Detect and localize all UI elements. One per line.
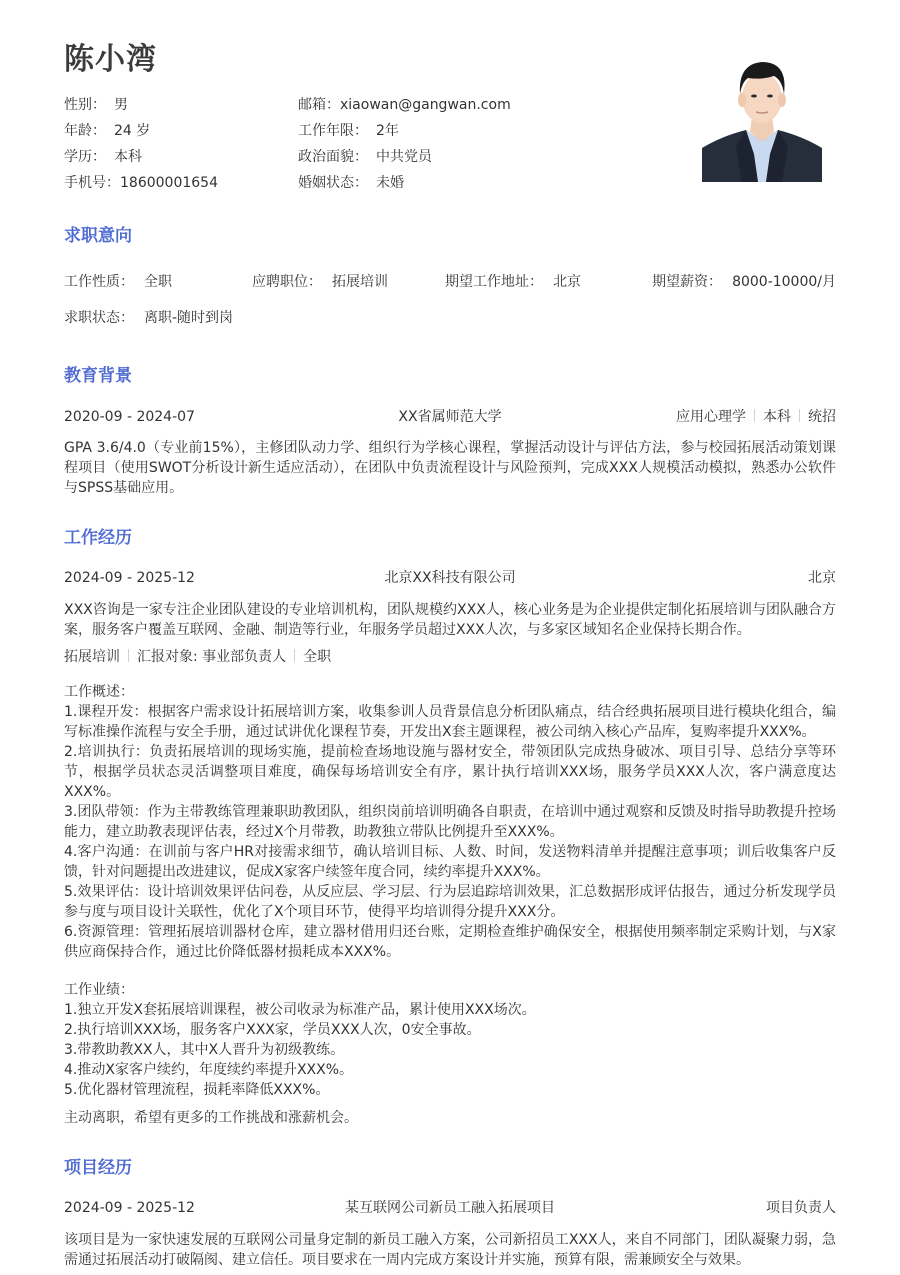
project-name: 某互联网公司新员工融入拓展项目 xyxy=(64,1197,836,1219)
project-header-row: 2024-09 - 2025-12 某互联网公司新员工融入拓展项目 项目负责人 xyxy=(64,1197,836,1219)
work-overview-title: 工作概述： xyxy=(64,682,836,702)
work-achievement-item: 5.优化器材管理流程，损耗率降低XXX%。 xyxy=(64,1080,836,1100)
email-link[interactable]: xiaowan@gangwan.com xyxy=(340,97,511,113)
work-achievement-item: 2.执行培训XXX场，服务客户XXX家，学员XXX人次，0安全事故。 xyxy=(64,1020,836,1040)
candidate-name: 陈小湾 xyxy=(64,40,157,80)
info-value: 中共党员 xyxy=(376,149,432,165)
intent-value: 拓展培训 xyxy=(332,274,388,290)
company-intro: XXX咨询是一家专注企业团队建设的专业培训机构，团队规模约XXX人，核心业务是为… xyxy=(64,600,836,640)
education-description: GPA 3.6/4.0（专业前15%），主修团队动力学、组织行为学核心课程，掌握… xyxy=(64,438,836,498)
work-achievement-item: 1.独立开发X套拓展培训课程，被公司收录为标准产品，累计使用XXX场次。 xyxy=(64,1000,836,1020)
intent-work-type: 工作性质：全职 xyxy=(64,271,172,293)
work-achievements: 工作业绩： 1.独立开发X套拓展培训课程，被公司收录为标准产品，累计使用XXX场… xyxy=(64,980,836,1100)
info-value: 未婚 xyxy=(376,175,404,191)
info-value: 24 岁 xyxy=(114,123,150,139)
education-meta: 应用心理学本科统招 xyxy=(676,406,836,428)
intent-value: 北京 xyxy=(553,274,581,290)
info-political-status: 政治面貌：中共党员 xyxy=(298,146,432,168)
info-label: 婚姻状态： xyxy=(298,175,368,191)
info-age: 年龄：24 岁 xyxy=(64,120,150,142)
info-value: 男 xyxy=(114,97,128,113)
info-marital-status: 婚姻状态：未婚 xyxy=(298,172,404,194)
education-degree: 本科 xyxy=(763,409,791,425)
work-tag-report-to: 汇报对象: 事业部负责人 xyxy=(137,649,286,665)
work-overview: 工作概述： 1.课程开发：根据客户需求设计拓展培训方案，收集参训人员背景信息分析… xyxy=(64,682,836,962)
intent-value: 全职 xyxy=(144,274,172,290)
info-gender: 性别：男 xyxy=(64,94,128,116)
work-company: 北京XX科技有限公司 xyxy=(64,567,836,589)
intent-salary: 期望薪资：8000-10000/月 xyxy=(652,271,836,293)
separator xyxy=(128,649,129,662)
separator xyxy=(294,649,295,662)
section-title-job-intent: 求职意向 xyxy=(64,224,132,248)
leave-reason: 主动离职，希望有更多的工作挑战和涨薪机会。 xyxy=(64,1108,836,1128)
section-title-education: 教育背景 xyxy=(64,364,132,388)
intent-status: 求职状态：离职-随时到岗 xyxy=(64,307,233,329)
work-achievements-title: 工作业绩： xyxy=(64,980,836,1000)
section-title-work: 工作经历 xyxy=(64,526,132,550)
portrait-icon xyxy=(702,50,822,182)
work-tag-type: 全职 xyxy=(303,649,331,665)
info-label: 年龄： xyxy=(64,123,106,139)
work-overview-item: 4.客户沟通：在训前与客户HR对接需求细节，确认培训目标、人数、时间，发送物料清… xyxy=(64,842,836,882)
profile-photo xyxy=(702,50,822,182)
info-label: 工作年限： xyxy=(298,123,368,139)
education-header-row: 2020-09 - 2024-07 XX省属师范大学 应用心理学本科统招 xyxy=(64,406,836,428)
info-phone: 手机号：18600001654 xyxy=(64,172,218,194)
intent-label: 求职状态： xyxy=(64,310,134,326)
info-label: 学历： xyxy=(64,149,106,165)
intent-label: 期望工作地址： xyxy=(445,274,543,290)
work-overview-item: 2.培训执行：负责拓展培训的现场实施，提前检查场地设施与器材安全，带领团队完成热… xyxy=(64,742,836,802)
intent-label: 工作性质： xyxy=(64,274,134,290)
info-label: 性别： xyxy=(64,97,106,113)
intent-label: 应聘职位： xyxy=(252,274,322,290)
intent-label: 期望薪资： xyxy=(652,274,722,290)
info-email: 邮箱：xiaowan@gangwan.com xyxy=(298,94,511,116)
work-overview-item: 3.团队带领：作为主带教练管理兼职助教团队，组织岗前培训明确各自职责，在培训中通… xyxy=(64,802,836,842)
info-label: 手机号： xyxy=(64,175,120,191)
intent-position: 应聘职位：拓展培训 xyxy=(252,271,388,293)
intent-location: 期望工作地址：北京 xyxy=(445,271,581,293)
section-title-project: 项目经历 xyxy=(64,1156,132,1180)
info-value: 本科 xyxy=(114,149,142,165)
work-location: 北京 xyxy=(808,567,836,589)
work-overview-item: 6.资源管理：管理拓展培训器材仓库，建立器材借用归还台账，定期检查维护确保安全，… xyxy=(64,922,836,962)
info-work-years: 工作年限：2年 xyxy=(298,120,399,142)
info-education: 学历：本科 xyxy=(64,146,142,168)
project-description: 该项目是为一家快速发展的互联网公司量身定制的新员工融入方案，公司新招员工XXX人… xyxy=(64,1230,836,1270)
work-overview-item: 5.效果评估：设计培训效果评估问卷，从反应层、学习层、行为层追踪培训效果，汇总数… xyxy=(64,882,836,922)
info-label: 政治面貌： xyxy=(298,149,368,165)
separator xyxy=(799,409,800,422)
info-value: 18600001654 xyxy=(120,175,218,191)
education-major: 应用心理学 xyxy=(676,409,746,425)
info-label: 邮箱： xyxy=(298,97,340,113)
project-role: 项目负责人 xyxy=(766,1197,836,1219)
education-enrollment: 统招 xyxy=(808,409,836,425)
separator xyxy=(754,409,755,422)
work-achievement-item: 3.带教助教XX人，其中X人晋升为初级教练。 xyxy=(64,1040,836,1060)
intent-value: 8000-10000/月 xyxy=(732,274,836,290)
intent-value: 离职-随时到岗 xyxy=(144,310,233,326)
work-tags: 拓展培训汇报对象: 事业部负责人全职 xyxy=(64,646,331,668)
work-overview-item: 1.课程开发：根据客户需求设计拓展培训方案，收集参训人员背景信息分析团队痛点，结… xyxy=(64,702,836,742)
info-value: 2年 xyxy=(376,123,399,139)
work-achievement-item: 4.推动X家客户续约，年度续约率提升XXX%。 xyxy=(64,1060,836,1080)
work-tag-category: 拓展培训 xyxy=(64,649,120,665)
work-header-row: 2024-09 - 2025-12 北京XX科技有限公司 北京 xyxy=(64,567,836,589)
